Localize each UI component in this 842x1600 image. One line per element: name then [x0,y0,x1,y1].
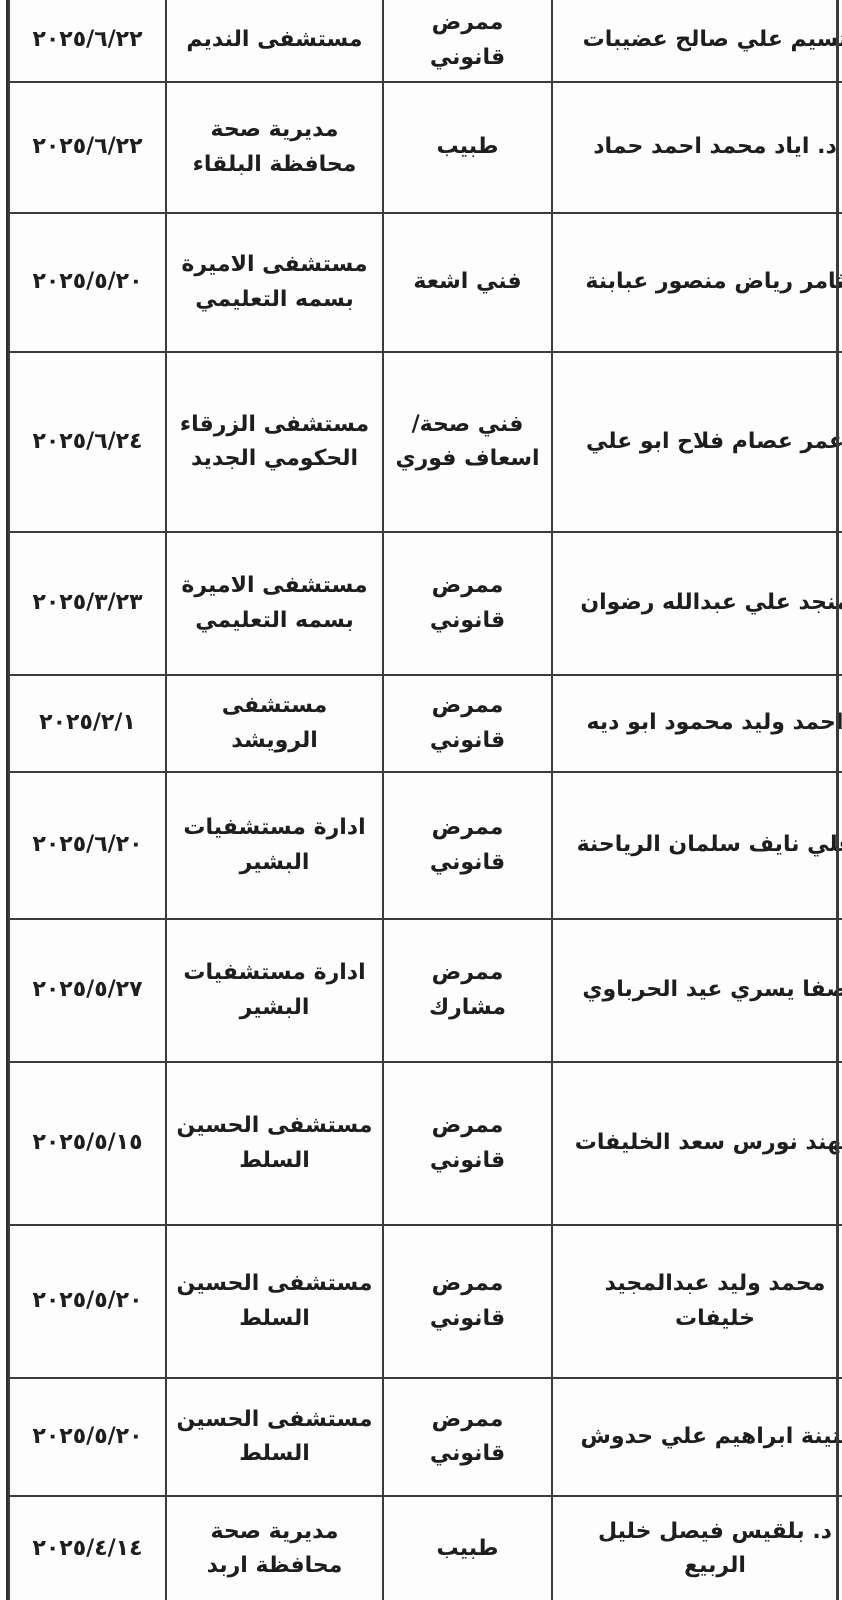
workplace-line: الحكومي الجديد [173,442,376,476]
workplace-line: مستشفى الاميرة [173,569,376,603]
workplace-line: مستشفى الحسين [173,1403,376,1437]
job-title-line: ممرض [390,956,545,990]
date-cell: ٢٠٢٥/٥/٢٠ [9,1378,166,1496]
date-cell: ٢٠٢٥/٥/٢٧ [9,919,166,1062]
date-value: ٢٠٢٥/٥/١٥ [16,1126,159,1160]
date-value: ٢٠٢٥/٥/٢٠ [16,1284,159,1318]
name-line: بثينة ابراهيم علي حدوش [559,1420,842,1454]
workplace-line: السلط [173,1144,376,1178]
job-title-cell: ممرضقانوني [383,772,552,919]
table-row: ثامر رياض منصور عبابنة فني اشعة مستشفى ا… [9,213,842,352]
job-title-line: ممرض [390,811,545,845]
workplace-cell: مستشفى الحسينالسلط [166,1062,383,1225]
workplace-line: محافظة اربد [173,1549,376,1583]
job-title-line: ممرض [390,6,545,40]
name-cell: منجد علي عبدالله رضوان [552,532,842,675]
job-title-cell: ممرضقانوني [383,675,552,772]
date-cell: ٢٠٢٥/٦/٢٢ [9,82,166,213]
job-title-line: قانوني [390,1144,545,1178]
table-row: مهند نورس سعد الخليفات ممرضقانوني مستشفى… [9,1062,842,1225]
workplace-cell: مستشفى الاميرةبسمه التعليمي [166,213,383,352]
table-row: د. بلقيس فيصل خليلالربيع طبيب مديرية صحة… [9,1496,842,1600]
table-row: احمد وليد محمود ابو ديه ممرضقانوني مستشف… [9,675,842,772]
date-cell: ٢٠٢٥/٣/٢٣ [9,532,166,675]
name-cell: تسيم علي صالح عضيبات [552,0,842,82]
workplace-cell: مستشفى الحسينالسلط [166,1378,383,1496]
job-title-line: فني صحة/ [390,408,545,442]
workplace-cell: مستشفىالرويشد [166,675,383,772]
workplace-line: مستشفى النديم [173,23,376,57]
name-line: خليفات [559,1302,842,1336]
workplace-cell: ادارة مستشفياتالبشير [166,772,383,919]
job-title-line: مشارك [390,991,545,1025]
job-title-cell: طبيب [383,82,552,213]
workplace-line: محافظة البلقاء [173,148,376,182]
name-line: د. بلقيس فيصل خليل [559,1515,842,1549]
job-title-line: قانوني [390,41,545,75]
name-cell: مهند نورس سعد الخليفات [552,1062,842,1225]
name-line: منجد علي عبدالله رضوان [559,586,842,620]
name-line: صفا يسري عيد الحرباوي [559,973,842,1007]
personnel-table-body: تسيم علي صالح عضيبات ممرضقانوني مستشفى ا… [9,0,842,1600]
job-title-line: قانوني [390,604,545,638]
name-line: محمد وليد عبدالمجيد [559,1267,842,1301]
date-value: ٢٠٢٥/٦/٢٢ [16,23,159,57]
date-cell: ٢٠٢٥/٥/٢٠ [9,213,166,352]
workplace-cell: مستشفى الحسينالسلط [166,1225,383,1378]
date-value: ٢٠٢٥/٦/٢٢ [16,130,159,164]
workplace-cell: مستشفى الاميرةبسمه التعليمي [166,532,383,675]
date-value: ٢٠٢٥/٤/١٤ [16,1532,159,1566]
table-row: د. اياد محمد احمد حماد طبيب مديرية صحةمح… [9,82,842,213]
name-line: مهند نورس سعد الخليفات [559,1126,842,1160]
name-cell: محمد وليد عبدالمجيدخليفات [552,1225,842,1378]
date-cell: ٢٠٢٥/٦/٢٤ [9,352,166,532]
table-row: تسيم علي صالح عضيبات ممرضقانوني مستشفى ا… [9,0,842,82]
name-line: علي نايف سلمان الرياحنة [559,828,842,862]
name-cell: صفا يسري عيد الحرباوي [552,919,842,1062]
name-cell: بثينة ابراهيم علي حدوش [552,1378,842,1496]
workplace-cell: مستشفى النديم [166,0,383,82]
job-title-line: ممرض [390,1267,545,1301]
table-row: علي نايف سلمان الرياحنة ممرضقانوني ادارة… [9,772,842,919]
table-row: عمر عصام فلاح ابو علي فني صحة/اسعاف فوري… [9,352,842,532]
date-value: ٢٠٢٥/٥/٢٠ [16,1420,159,1454]
job-title-cell: ممرضقانوني [383,0,552,82]
job-title-line: اسعاف فوري [390,442,545,476]
workplace-line: بسمه التعليمي [173,604,376,638]
date-value: ٢٠٢٥/٥/٢٧ [16,973,159,1007]
workplace-cell: مستشفى الزرقاءالحكومي الجديد [166,352,383,532]
table-row: محمد وليد عبدالمجيدخليفات ممرضقانوني مست… [9,1225,842,1378]
name-cell: ثامر رياض منصور عبابنة [552,213,842,352]
date-value: ٢٠٢٥/٥/٢٠ [16,265,159,299]
job-title-line: قانوني [390,1302,545,1336]
name-line: ثامر رياض منصور عبابنة [559,265,842,299]
date-cell: ٢٠٢٥/٦/٢٠ [9,772,166,919]
job-title-line: ممرض [390,569,545,603]
table-row: منجد علي عبدالله رضوان ممرضقانوني مستشفى… [9,532,842,675]
name-line: عمر عصام فلاح ابو علي [559,425,842,459]
job-title-line: ممرض [390,1403,545,1437]
personnel-table: تسيم علي صالح عضيبات ممرضقانوني مستشفى ا… [8,0,842,1600]
date-value: ٢٠٢٥/٦/٢٤ [16,425,159,459]
name-cell: عمر عصام فلاح ابو علي [552,352,842,532]
job-title-cell: ممرضقانوني [383,532,552,675]
job-title-cell: ممرضمشارك [383,919,552,1062]
workplace-line: مديرية صحة [173,113,376,147]
date-value: ٢٠٢٥/٢/١ [16,706,159,740]
table-row: صفا يسري عيد الحرباوي ممرضمشارك ادارة مس… [9,919,842,1062]
right-border-rule [836,0,839,1600]
workplace-line: مستشفى الحسين [173,1267,376,1301]
date-cell: ٢٠٢٥/٤/١٤ [9,1496,166,1600]
job-title-line: ممرض [390,689,545,723]
workplace-line: مستشفى الحسين [173,1109,376,1143]
date-cell: ٢٠٢٥/٢/١ [9,675,166,772]
workplace-line: مستشفى الزرقاء [173,408,376,442]
workplace-line: السلط [173,1302,376,1336]
workplace-line: البشير [173,846,376,880]
date-cell: ٢٠٢٥/٥/٢٠ [9,1225,166,1378]
document-page: تسيم علي صالح عضيبات ممرضقانوني مستشفى ا… [0,0,842,1600]
job-title-line: ممرض [390,1109,545,1143]
workplace-line: البشير [173,991,376,1025]
job-title-cell: ممرضقانوني [383,1378,552,1496]
name-cell: علي نايف سلمان الرياحنة [552,772,842,919]
workplace-line: مستشفى الاميرة [173,248,376,282]
job-title-line: فني اشعة [390,265,545,299]
name-line: الربيع [559,1549,842,1583]
workplace-line: السلط [173,1437,376,1471]
date-value: ٢٠٢٥/٣/٢٣ [16,586,159,620]
workplace-line: بسمه التعليمي [173,283,376,317]
table-row: بثينة ابراهيم علي حدوش ممرضقانوني مستشفى… [9,1378,842,1496]
job-title-line: طبيب [390,130,545,164]
workplace-cell: مديرية صحةمحافظة اربد [166,1496,383,1600]
name-line: تسيم علي صالح عضيبات [559,23,842,57]
workplace-cell: مديرية صحةمحافظة البلقاء [166,82,383,213]
name-cell: د. بلقيس فيصل خليلالربيع [552,1496,842,1600]
date-cell: ٢٠٢٥/٥/١٥ [9,1062,166,1225]
workplace-line: مستشفى [173,689,376,723]
job-title-line: طبيب [390,1532,545,1566]
job-title-line: قانوني [390,846,545,880]
workplace-cell: ادارة مستشفياتالبشير [166,919,383,1062]
workplace-line: الرويشد [173,724,376,758]
job-title-line: قانوني [390,1437,545,1471]
date-cell: ٢٠٢٥/٦/٢٢ [9,0,166,82]
name-line: د. اياد محمد احمد حماد [559,130,842,164]
workplace-line: ادارة مستشفيات [173,956,376,990]
name-line: احمد وليد محمود ابو ديه [559,706,842,740]
workplace-line: مديرية صحة [173,1515,376,1549]
job-title-cell: فني اشعة [383,213,552,352]
job-title-cell: ممرضقانوني [383,1062,552,1225]
name-cell: احمد وليد محمود ابو ديه [552,675,842,772]
date-value: ٢٠٢٥/٦/٢٠ [16,828,159,862]
job-title-cell: طبيب [383,1496,552,1600]
workplace-line: ادارة مستشفيات [173,811,376,845]
job-title-cell: ممرضقانوني [383,1225,552,1378]
job-title-line: قانوني [390,724,545,758]
name-cell: د. اياد محمد احمد حماد [552,82,842,213]
job-title-cell: فني صحة/اسعاف فوري [383,352,552,532]
